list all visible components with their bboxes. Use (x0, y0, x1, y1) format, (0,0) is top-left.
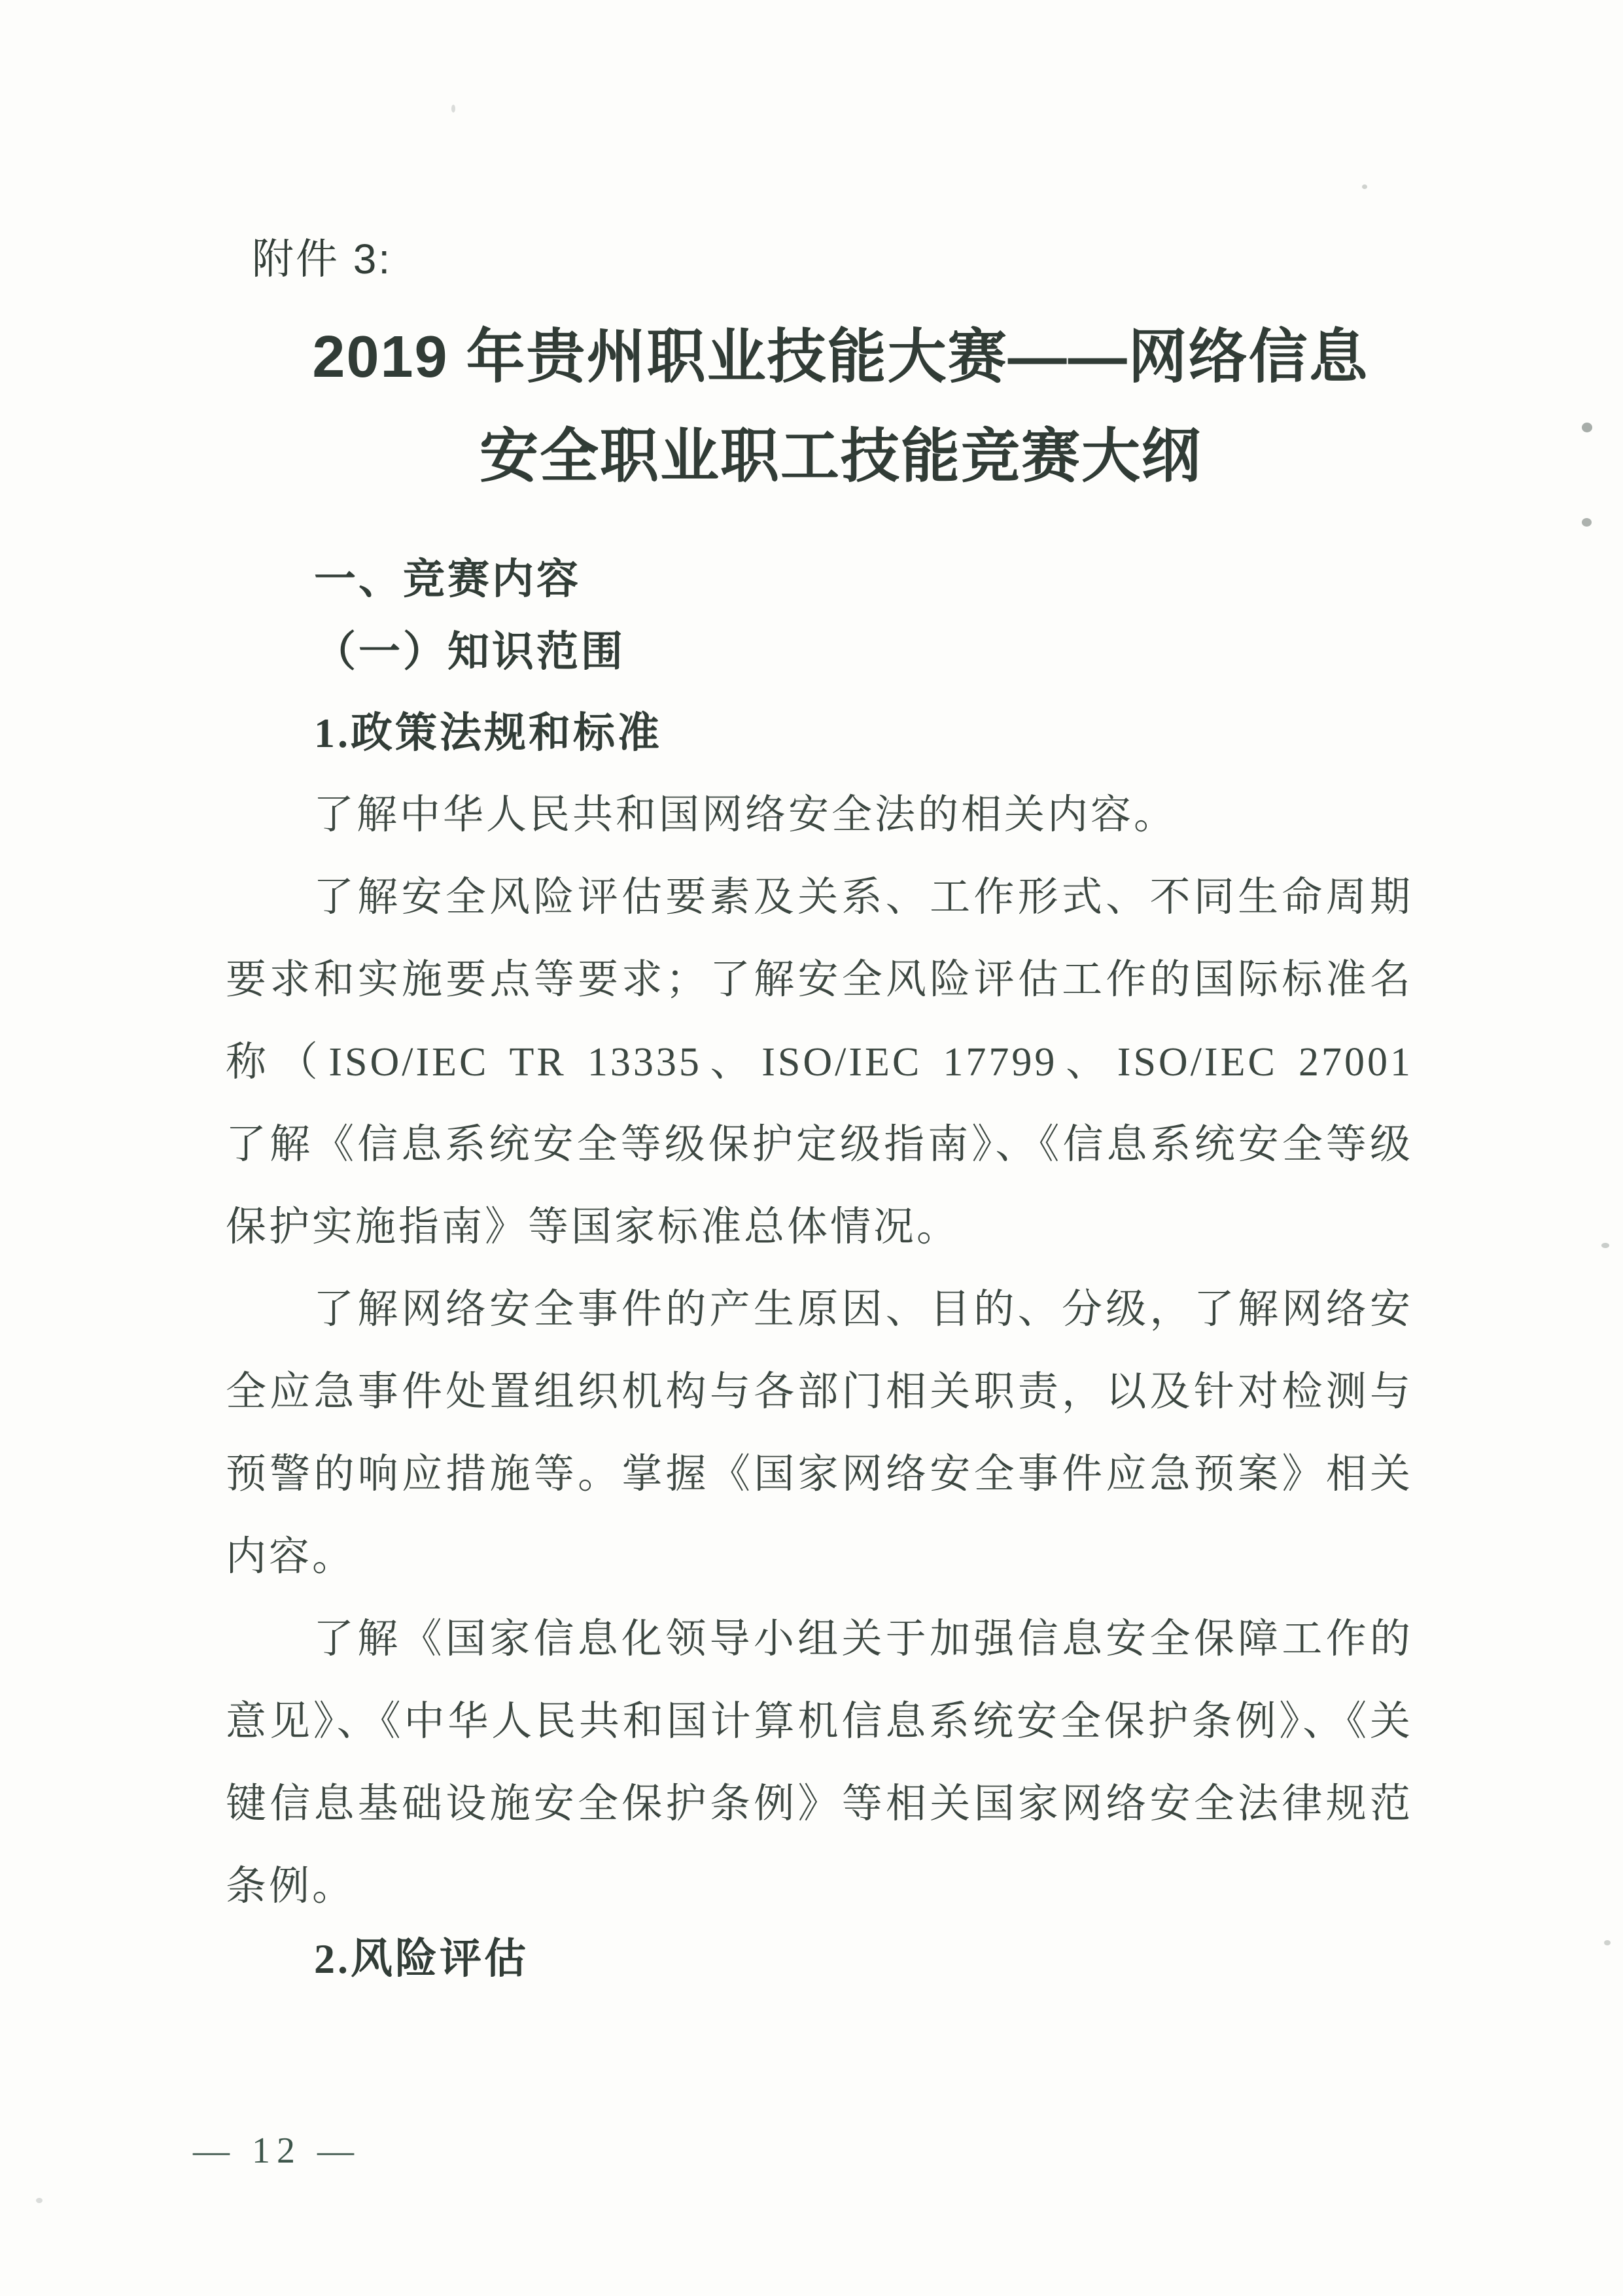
body-line: 键信息基础设施安全保护条例》等相关国家网络安全法律规范 (226, 1763, 1413, 1845)
body-line: 了解《国家信息化领导小组关于加强信息安全保障工作的 (226, 1598, 1413, 1680)
body-line: 了解《信息系统安全等级保护定级指南》、《信息系统安全等级 (226, 1104, 1413, 1186)
scan-speck (1582, 423, 1592, 432)
body-line: 意见》、《中华人民共和国计算机信息系统安全保护条例》、《关 (226, 1680, 1413, 1763)
page-number: — 12 — (193, 2131, 360, 2170)
section-heading-competition-content: 一、竞赛内容 (314, 556, 581, 602)
body-line: 预警的响应措施等。掌握《国家网络安全事件应急预案》相关 (226, 1433, 1413, 1516)
body-line: 了解中华人民共和国网络安全法的相关内容。 (226, 774, 1413, 856)
subsection-heading-knowledge-scope: （一）知识范围 (314, 629, 625, 675)
title-line-2: 安全职业职工技能竞赛大纲 (226, 407, 1456, 506)
body-line: 了解安全风险评估要素及关系、工作形式、不同生命周期 (226, 856, 1413, 939)
body-line: 了解网络安全事件的产生原因、目的、分级，了解网络安 (226, 1268, 1413, 1351)
body-line: 称（ISO/IEC TR 13335、ISO/IEC 17799、ISO/IEC… (226, 1021, 1413, 1104)
scan-speck (1601, 1243, 1609, 1248)
attachment-label: 附件 3: (252, 235, 392, 283)
scan-speck (1582, 518, 1592, 527)
item-heading-risk-assessment: 2.风险评估 (314, 1936, 529, 1982)
scan-speck (1604, 1940, 1611, 1945)
body-line: 全应急事件处置组织机构与各部门相关职责，以及针对检测与 (226, 1351, 1413, 1433)
body-line: 内容。 (226, 1516, 1413, 1598)
body-line: 要求和实施要点等要求；了解安全风险评估工作的国际标准名 (226, 939, 1413, 1021)
body-line: 条例。 (226, 1845, 1413, 1928)
body-text: 了解中华人民共和国网络安全法的相关内容。了解安全风险评估要素及关系、工作形式、不… (226, 774, 1413, 1928)
document-title: 2019 年贵州职业技能大赛——网络信息 安全职业职工技能竞赛大纲 (226, 307, 1456, 506)
scan-speck (451, 105, 455, 113)
title-line-1: 2019 年贵州职业技能大赛——网络信息 (226, 307, 1456, 407)
item-heading-policy-regulations-standards: 1.政策法规和标准 (314, 710, 662, 756)
document-page: 附件 3: 2019 年贵州职业技能大赛——网络信息 安全职业职工技能竞赛大纲 … (0, 0, 1623, 2296)
scan-speck (1362, 184, 1367, 189)
body-line: 保护实施指南》等国家标准总体情况。 (226, 1186, 1413, 1268)
scan-speck (36, 2198, 43, 2203)
